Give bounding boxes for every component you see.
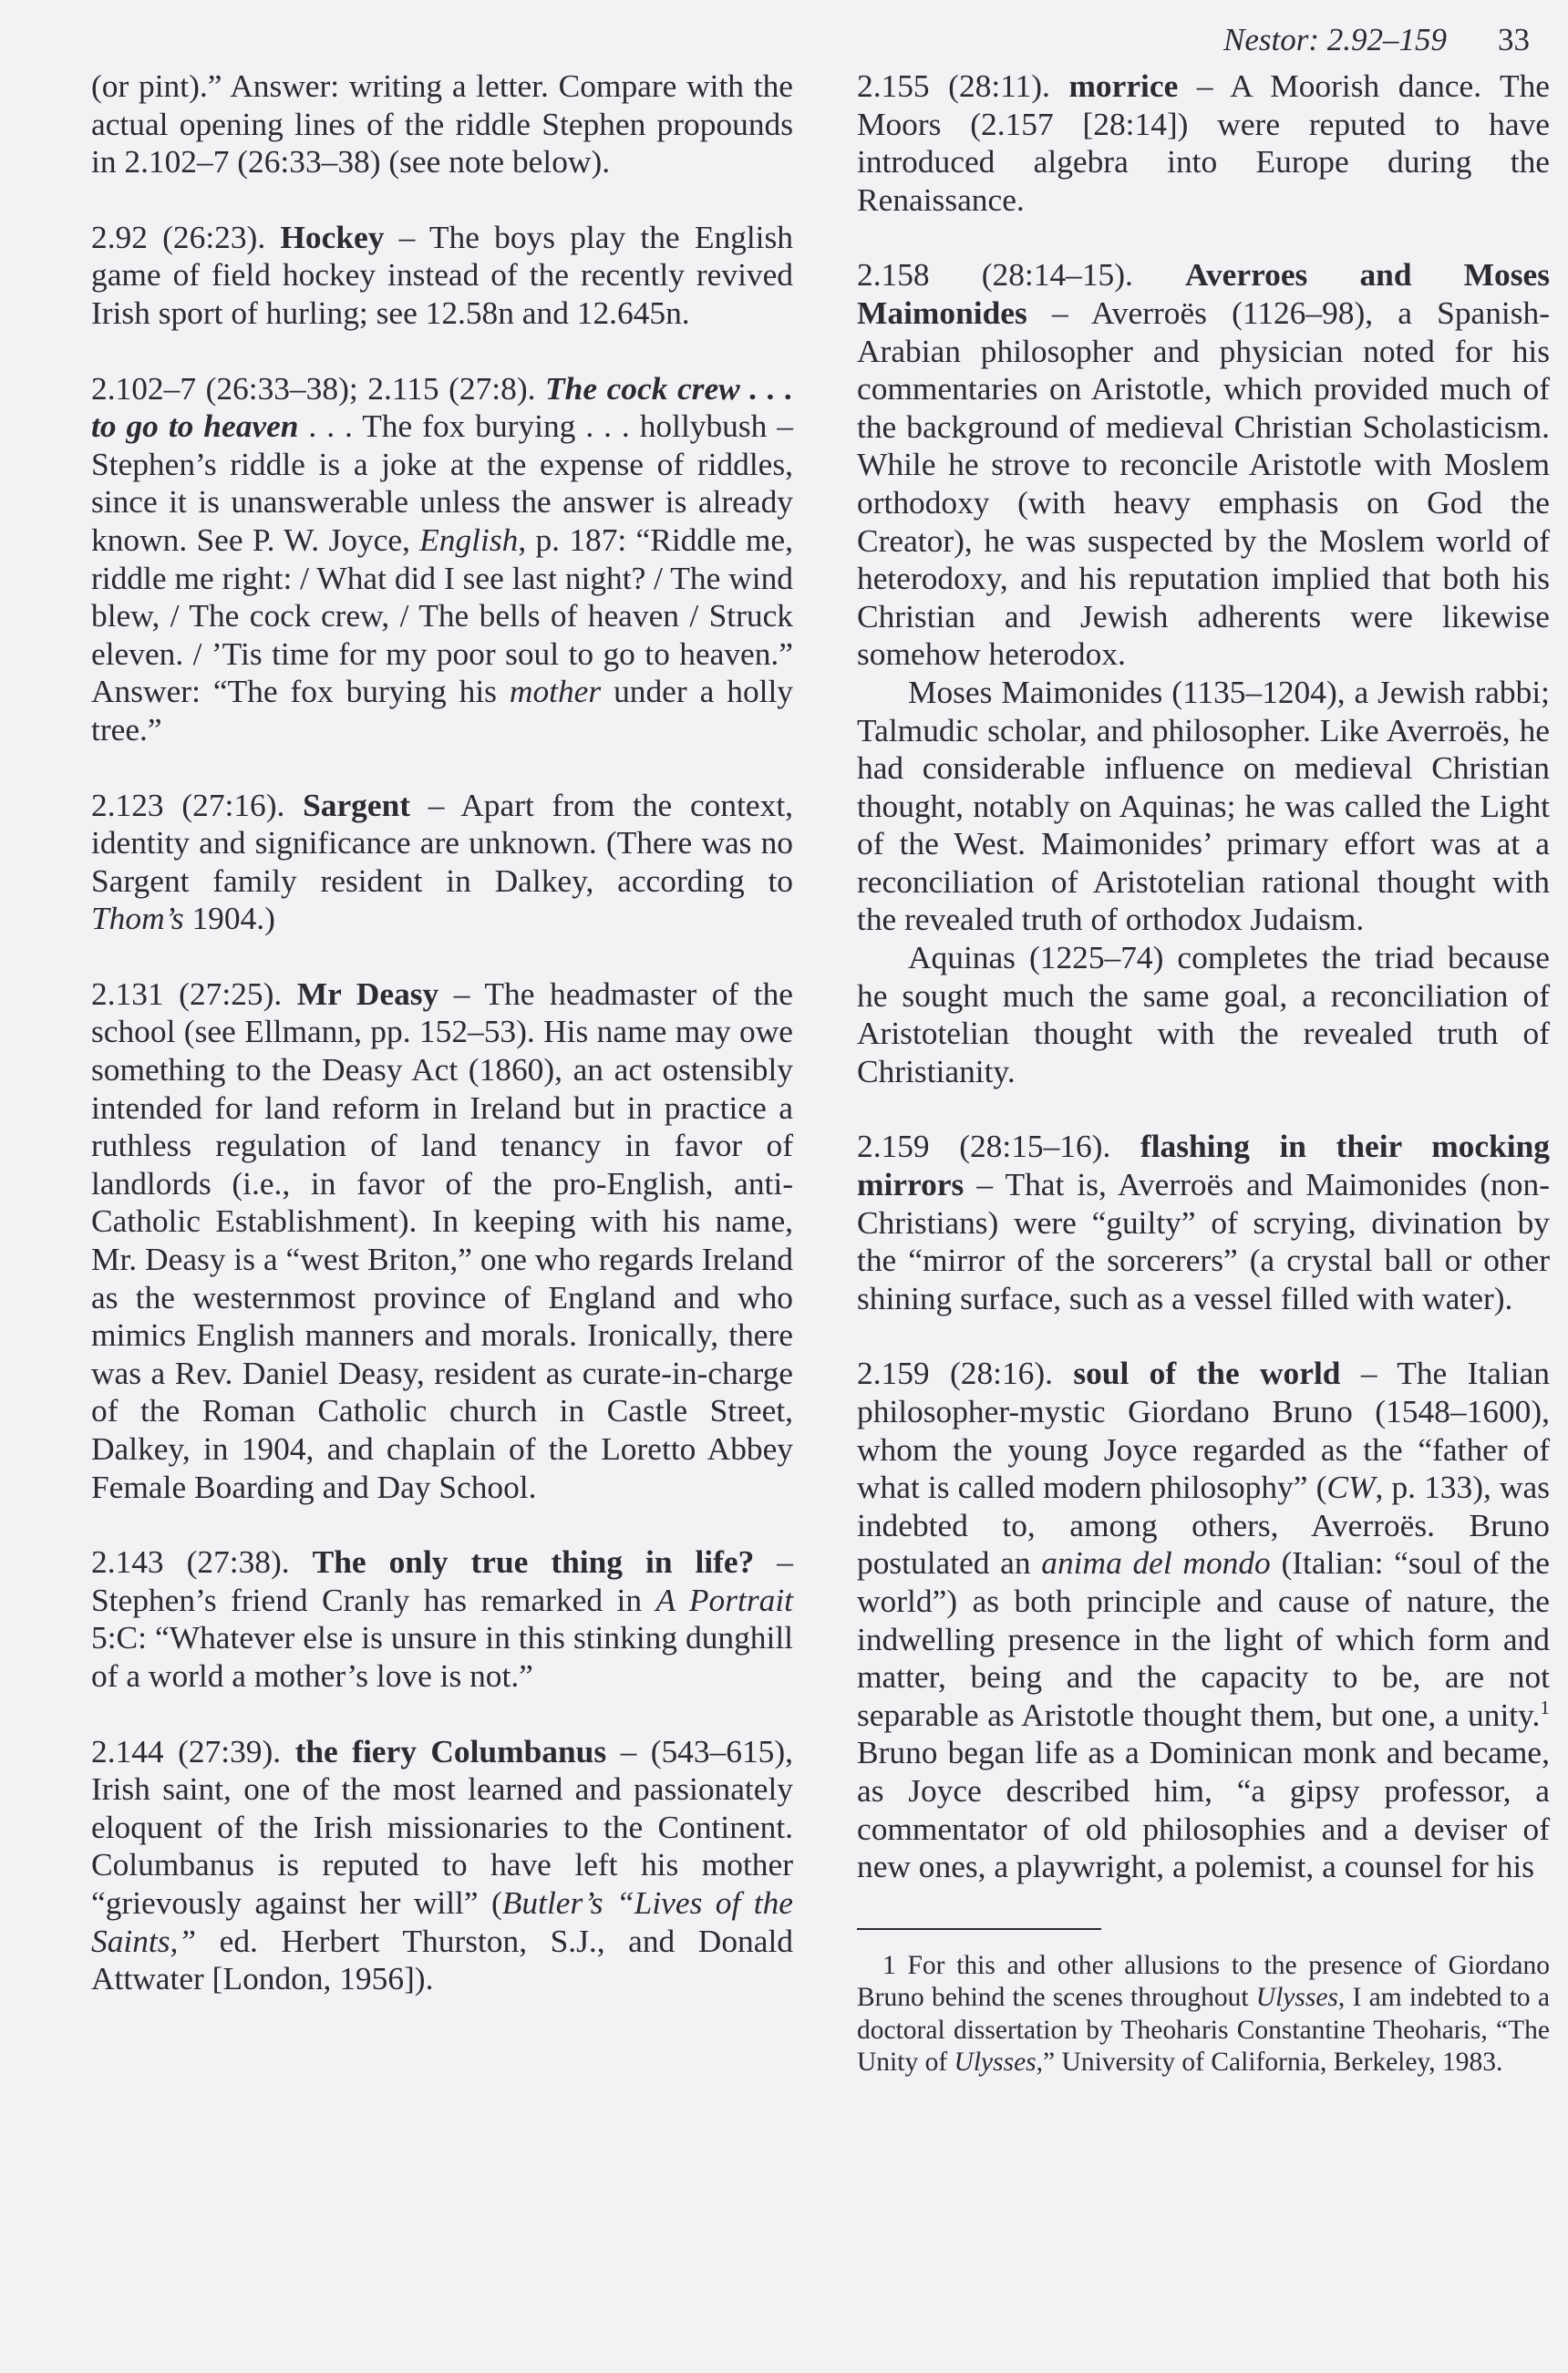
continuation-paragraph: (or pint).” Answer: writing a letter. Co… <box>91 67 793 181</box>
entry-ref: 2.143 (27:38). <box>91 1543 290 1580</box>
entry-ref: 2.159 (28:15–16). <box>857 1128 1110 1164</box>
dash: – <box>1027 294 1091 331</box>
note-entry-2-143: 2.143 (27:38). The only true thing in li… <box>91 1543 793 1695</box>
dash: – <box>384 219 428 255</box>
entry-paragraph-aquinas: Aquinas (1225–74) completes the triad be… <box>857 939 1550 1090</box>
dash: – <box>410 787 460 823</box>
continuation-text: (or pint).” Answer: writing a letter. Co… <box>91 67 793 181</box>
note-entry-2-159b: 2.159 (28:16). soul of the world – The I… <box>857 1355 1550 1885</box>
dash: – <box>964 1166 1005 1202</box>
entry-body: 1904.) <box>184 900 275 936</box>
note-entry-2-92: 2.92 (26:23). Hockey – The boys play the… <box>91 219 793 333</box>
footnote-number: 1 <box>882 1951 896 1980</box>
footnote-divider <box>857 1928 1101 1930</box>
entry-body: ed. Herbert Thurston, S.J., and Donald A… <box>91 1923 793 1997</box>
note-entry-2-102: 2.102–7 (26:33–38); 2.115 (27:8). The co… <box>91 370 793 749</box>
footnote: 1 For this and other allusions to the pr… <box>857 1950 1550 2079</box>
entry-lemma: soul of the world <box>1073 1355 1340 1391</box>
right-column: 2.155 (28:11). morrice – A Moorish dance… <box>857 67 1550 2079</box>
dash: – <box>1340 1355 1397 1391</box>
note-entry-2-144: 2.144 (27:39). the fiery Columbanus – (5… <box>91 1733 793 1998</box>
entry-body: The headmaster of the school (see Ellman… <box>91 975 793 1505</box>
entry-lemma: morrice <box>1068 67 1178 104</box>
footnote-italic: Ulysses <box>954 2048 1037 2077</box>
footnote-marker[interactable]: 1 <box>1540 1697 1550 1718</box>
note-entry-2-158: 2.158 (28:14–15). Averroes and Moses Mai… <box>857 256 1550 1090</box>
dash: – <box>606 1733 651 1769</box>
dash: – <box>438 975 484 1012</box>
book-page: Nestor: 2.92–159 33 (or pint).” Answer: … <box>0 0 1568 2373</box>
dash: – <box>767 408 793 444</box>
dash: – <box>754 1543 793 1580</box>
left-column: (or pint).” Answer: writing a letter. Co… <box>91 67 793 2036</box>
note-entry-2-123: 2.123 (27:16). Sargent – Apart from the … <box>91 787 793 938</box>
page-number: 33 <box>1498 22 1530 58</box>
note-entry-2-159a: 2.159 (28:15–16). flashing in their mock… <box>857 1128 1550 1317</box>
entry-lemma: Mr Deasy <box>297 975 438 1012</box>
entry-body: Bruno began life as a Dominican monk and… <box>857 1734 1550 1884</box>
entry-ref: 2.123 (27:16). <box>91 787 284 823</box>
entry-body-italic: Thom’s <box>91 900 184 936</box>
entry-lemma: Sargent <box>303 787 410 823</box>
entry-ref: 2.155 (28:11). <box>857 67 1050 104</box>
entry-ref: 2.131 (27:25). <box>91 975 282 1012</box>
running-header: Nestor: 2.92–159 33 <box>1223 22 1530 58</box>
entry-lemma: Hockey <box>280 219 384 255</box>
entry-body-italic: anima del mondo <box>1041 1544 1270 1581</box>
entry-body: Averroës (1126–98), a Spanish-Arabian ph… <box>857 294 1550 672</box>
entry-body-italic: A Portrait <box>656 1582 794 1618</box>
entry-lemma: The only true thing in life? <box>313 1543 755 1580</box>
footnote-italic: Ulysses <box>1256 1983 1338 2012</box>
entry-ref: 2.92 (26:23). <box>91 219 265 255</box>
entry-ref: 2.144 (27:39). <box>91 1733 281 1769</box>
note-entry-2-131: 2.131 (27:25). Mr Deasy – The headmaster… <box>91 975 793 1506</box>
entry-ref: 2.159 (28:16). <box>857 1355 1053 1391</box>
entry-paragraph-maimonides: Moses Maimonides (1135–1204), a Jewish r… <box>857 674 1550 939</box>
footnote-text: ,” University of California, Berkeley, 1… <box>1037 2048 1503 2077</box>
running-title: Nestor: 2.92–159 <box>1223 22 1447 58</box>
entry-lemma-rest: . . . The fox burying . . . hollybush <box>298 408 767 444</box>
entry-body: Stephen’s friend Cranly has remarked in <box>91 1582 656 1618</box>
entry-body: 5:C: “Whatever else is unsure in this st… <box>91 1619 793 1694</box>
entry-lemma: the fiery Columbanus <box>295 1733 607 1769</box>
dash: – <box>1178 67 1230 104</box>
entry-ref: 2.158 (28:14–15). <box>857 256 1133 293</box>
entry-body-italic: mother <box>510 673 601 709</box>
entry-body-italic: English <box>419 521 518 558</box>
note-entry-2-155: 2.155 (28:11). morrice – A Moorish dance… <box>857 67 1550 219</box>
entry-ref: 2.102–7 (26:33–38); 2.115 (27:8). <box>91 370 535 407</box>
entry-body-italic: CW <box>1326 1469 1375 1505</box>
